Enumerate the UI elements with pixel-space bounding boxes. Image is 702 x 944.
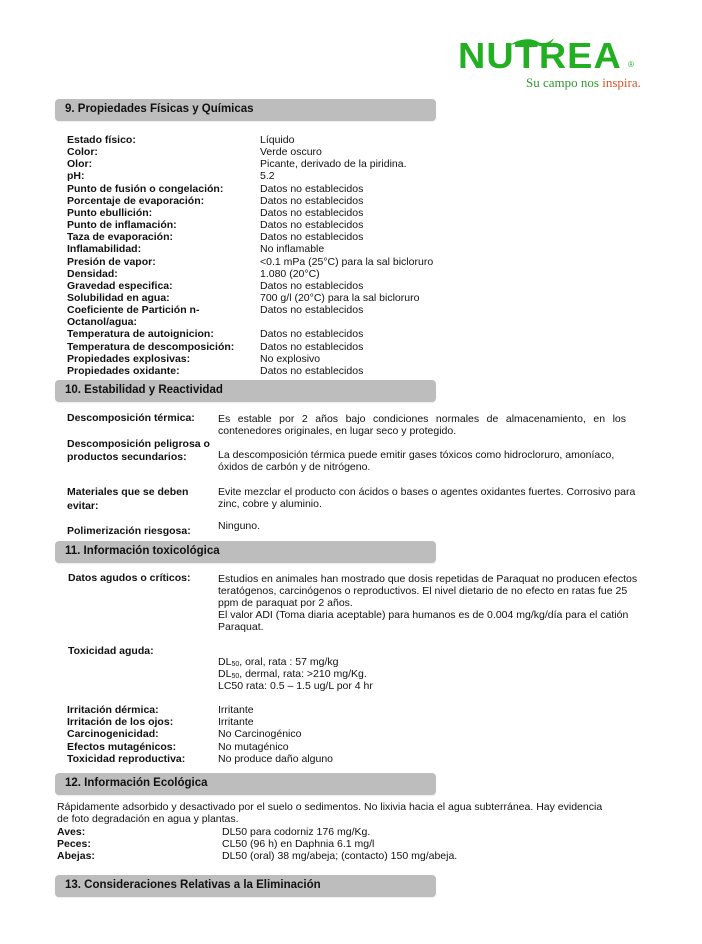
brand-name: NUTREA: [458, 38, 622, 74]
property-value: Datos no establecidos: [260, 207, 363, 219]
value-acute-data-1: Estudios en animales han mostrado que do…: [218, 573, 643, 610]
property-label: Efectos mutagénicos:: [67, 741, 176, 753]
property-label: Octanol/agua:: [67, 316, 137, 328]
property-value: No produce daño alguno: [218, 753, 333, 765]
label-hazardous-decomposition-2: productos secundarios:: [67, 450, 187, 464]
value-polymerization: Ninguno.: [218, 520, 260, 532]
section-title: 12. Información Ecológica: [65, 777, 208, 789]
label-materials-avoid-2: evitar:: [67, 499, 99, 513]
property-value: 5.2: [260, 170, 275, 182]
property-label: Estado físico:: [67, 134, 136, 146]
property-label: Irritación de los ojos:: [67, 716, 173, 728]
property-label: Propiedades oxidante:: [67, 365, 180, 377]
property-label: Presión de vapor:: [67, 256, 156, 268]
property-label: Abejas:: [57, 850, 95, 862]
property-value: DL50 (oral) 38 mg/abeja; (contacto) 150 …: [222, 850, 457, 862]
section-title: 13. Consideraciones Relativas a la Elimi…: [65, 879, 321, 891]
property-value: Irritante: [218, 704, 254, 716]
property-label: Densidad:: [67, 268, 118, 280]
property-label: Peces:: [57, 838, 91, 850]
tagline-accent: inspira.: [602, 75, 641, 90]
property-label: Aves:: [57, 826, 85, 838]
toxicity-prefix: LC50 rata: 0.5 – 1.5 ug/L por 4 hr: [218, 680, 373, 692]
property-value: Picante, derivado de la piridina.: [260, 158, 407, 170]
tagline-main: Su campo nos: [526, 75, 602, 90]
property-label: Inflamabilidad:: [67, 243, 141, 255]
label-materials-avoid-1: Materiales que se deben: [67, 485, 188, 499]
property-label: Temperatura de autoignicion:: [67, 328, 214, 340]
property-value: Datos no establecidos: [260, 231, 363, 243]
ecology-intro-line-1: Rápidamente adsorbido y desactivado por …: [57, 801, 602, 813]
property-label: Taza de evaporación:: [67, 231, 173, 243]
section-header-9: 9. Propiedades Físicas y Químicas: [55, 99, 436, 121]
property-value: Datos no establecidos: [260, 365, 363, 377]
property-label: Porcentaje de evaporación:: [67, 195, 204, 207]
section-header-11: 11. Información toxicológica: [55, 541, 436, 563]
registered-mark: ®: [628, 60, 634, 69]
property-value: Datos no establecidos: [260, 341, 363, 353]
property-value: <0.1 mPa (25°C) para la sal bicloruro: [260, 256, 433, 268]
property-value: Datos no establecidos: [260, 304, 363, 316]
section-header-13: 13. Consideraciones Relativas a la Elimi…: [55, 875, 436, 897]
section-title: 9. Propiedades Físicas y Químicas: [65, 103, 254, 115]
property-label: Carcinogenicidad:: [67, 728, 159, 740]
property-label: Toxicidad reproductiva:: [67, 753, 185, 765]
property-label: Punto ebullición:: [67, 207, 152, 219]
ecology-intro-line-2: de foto degradación en agua y plantas.: [57, 813, 239, 825]
property-label: Coeficiente de Partición n-: [67, 304, 199, 316]
toxicity-prefix: DL: [218, 656, 231, 668]
section-title: 11. Información toxicológica: [65, 545, 220, 557]
toxicity-rest: , dermal, rata: >210 mg/Kg.: [239, 668, 367, 680]
nutrea-logo: NUTREA ® Su campo nos inspira.: [458, 38, 688, 98]
property-value: Verde oscuro: [260, 146, 322, 158]
property-value: 1.080 (20°C): [260, 268, 320, 280]
toxicity-prefix: DL: [218, 668, 231, 680]
section-title: 10. Estabilidad y Reactividad: [65, 384, 223, 396]
section-header-12: 12. Información Ecológica: [55, 773, 436, 795]
property-label: Olor:: [67, 158, 92, 170]
property-label: Color:: [67, 146, 98, 158]
value-materials-avoid: Evite mezclar el producto con ácidos o b…: [218, 486, 638, 510]
toxicity-rest: , oral, rata : 57 mg/kg: [239, 656, 338, 668]
toxicity-line: LC50 rata: 0.5 – 1.5 ug/L por 4 hr: [218, 680, 373, 692]
property-value: Datos no establecidos: [260, 195, 363, 207]
label-acute-toxicity: Toxicidad aguda:: [68, 644, 154, 658]
label-polymerization: Polimerización riesgosa:: [67, 524, 191, 538]
property-value: Datos no establecidos: [260, 219, 363, 231]
property-value: DL50 para codorniz 176 mg/Kg.: [222, 826, 370, 838]
property-value: No inflamable: [260, 243, 324, 255]
property-value: Líquido: [260, 134, 294, 146]
property-label: Gravedad especifica:: [67, 280, 173, 292]
value-hazardous-decomposition: La descomposición térmica puede emitir g…: [218, 449, 628, 473]
value-thermal-decomposition: Es estable por 2 años bajo condiciones n…: [218, 413, 626, 437]
property-value: Datos no establecidos: [260, 183, 363, 195]
property-label: Solubilidad en agua:: [67, 292, 170, 304]
property-value: CL50 (96 h) en Daphnia 6.1 mg/l: [222, 838, 374, 850]
label-thermal-decomposition: Descomposición térmica:: [67, 411, 195, 425]
property-label: Irritación dérmica:: [67, 704, 159, 716]
property-value: Irritante: [218, 716, 254, 728]
property-value: Datos no establecidos: [260, 328, 363, 340]
property-label: Punto de fusión o congelación:: [67, 183, 223, 195]
property-value: No Carcinogénico: [218, 728, 301, 740]
property-value: No mutagénico: [218, 741, 289, 753]
property-label: pH:: [67, 170, 85, 182]
property-label: Punto de inflamación:: [67, 219, 177, 231]
label-acute-data: Datos agudos o críticos:: [68, 571, 191, 585]
property-label: Propiedades explosivas:: [67, 353, 190, 365]
property-label: Temperatura de descomposición:: [67, 341, 234, 353]
section-header-10: 10. Estabilidad y Reactividad: [55, 380, 436, 402]
brand-tagline: Su campo nos inspira.: [526, 75, 641, 91]
property-value: 700 g/l (20°C) para la sal bicloruro: [260, 292, 419, 304]
value-acute-data-2: El valor ADI (Toma diaria aceptable) par…: [218, 609, 638, 633]
label-hazardous-decomposition-1: Descomposición peligrosa o: [67, 437, 210, 451]
property-value: Datos no establecidos: [260, 280, 363, 292]
property-value: No explosivo: [260, 353, 320, 365]
